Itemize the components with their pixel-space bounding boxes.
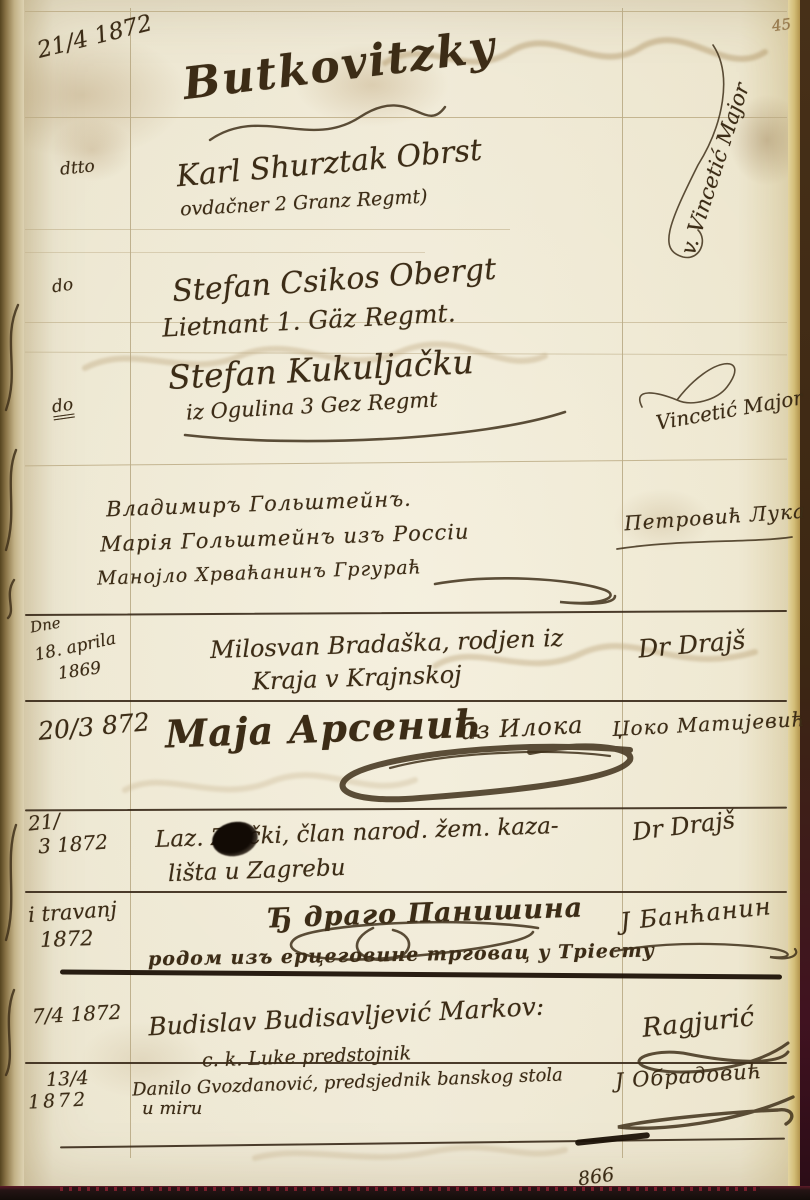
entry-date: 21/ xyxy=(27,808,62,835)
flourish-giant xyxy=(330,738,660,808)
prev-page-ink-fragments xyxy=(0,300,22,620)
book-page-edges xyxy=(60,1187,760,1191)
entry-text: u miru xyxy=(142,1098,202,1119)
entry-date: 3 1872 xyxy=(37,830,108,859)
flourish-loop xyxy=(628,35,738,265)
entry-date: do xyxy=(51,275,75,298)
flourish-long xyxy=(598,1092,798,1137)
ruled-line-horizontal xyxy=(25,229,510,230)
ruled-line-vertical xyxy=(622,8,623,1158)
ruled-line-horizontal xyxy=(25,700,787,702)
register-page-scan: 45 v. Vincetić Major 21/4 1872 Butkovitz… xyxy=(0,0,810,1200)
prev-page-ink-fragments xyxy=(0,820,22,1080)
entry-date: 7/4 1872 xyxy=(31,1000,122,1029)
flourish-underline xyxy=(612,535,797,557)
flourish xyxy=(430,572,620,612)
ruled-line-horizontal xyxy=(25,891,787,893)
entry-date: 13/4 xyxy=(45,1067,89,1091)
flourish-underline xyxy=(180,410,570,445)
entry-date: 1872 xyxy=(27,1088,88,1113)
entry-date: do xyxy=(51,395,75,418)
flourish-underline xyxy=(610,935,800,961)
flourish-loop xyxy=(632,352,772,417)
entry-date: 1872 xyxy=(40,926,94,952)
entry-date: dtto xyxy=(59,156,96,180)
book-edge-dark xyxy=(800,0,810,1200)
ruled-line-horizontal xyxy=(25,252,425,253)
